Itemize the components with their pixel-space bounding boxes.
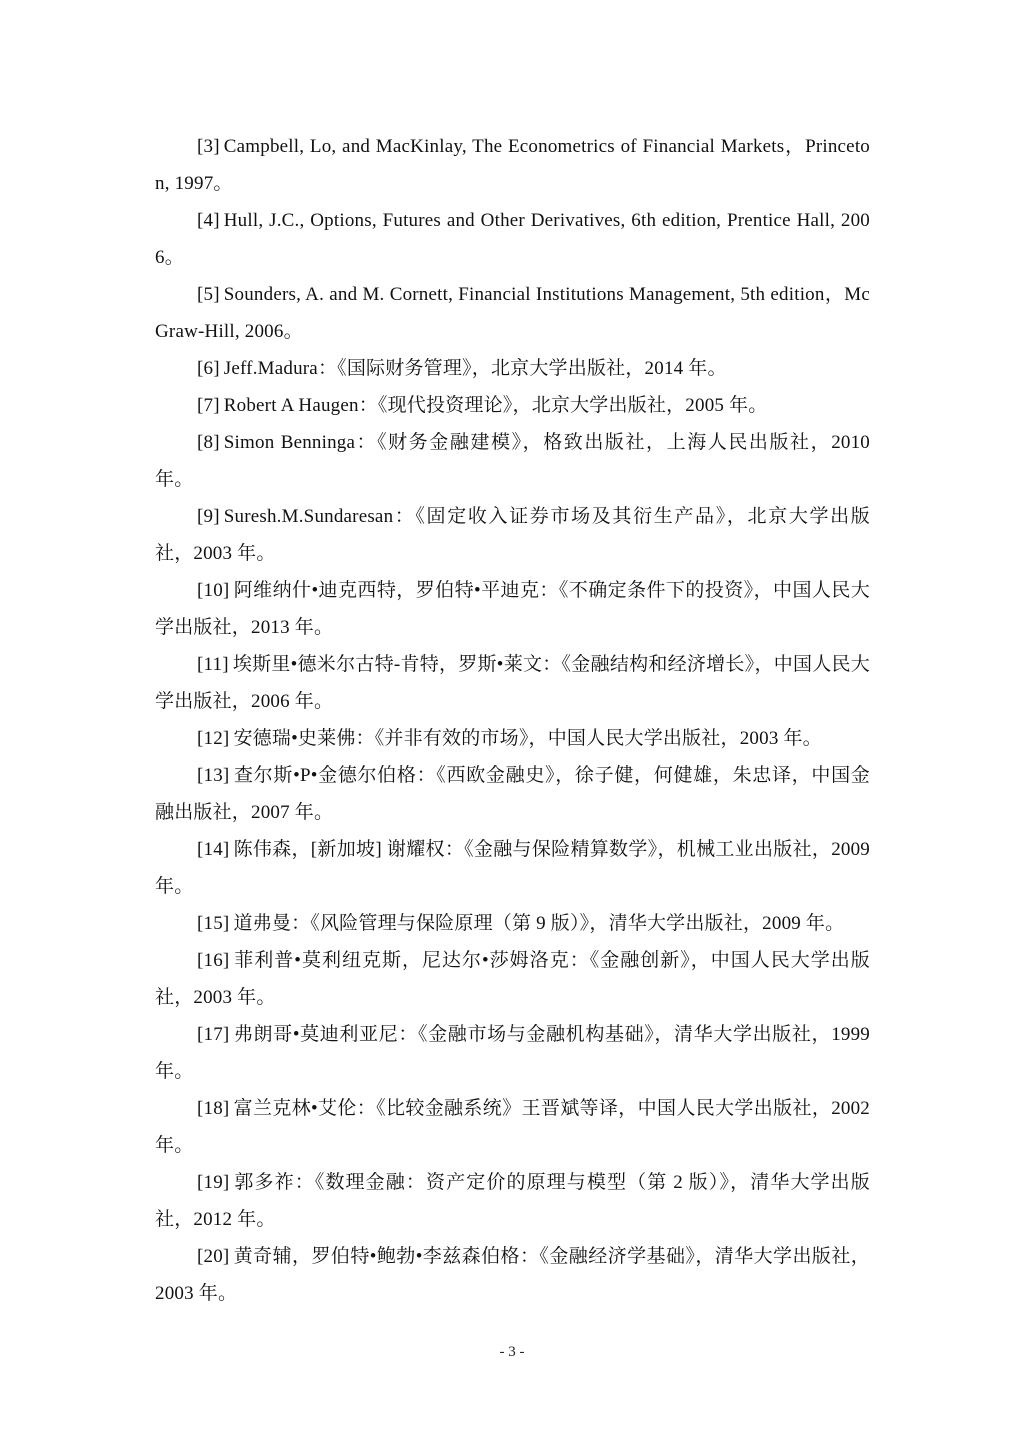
reference-item-12: [12]安德瑞•史莱佛：《并非有效的市场》，中国人民大学出版社，2003 年。 <box>155 720 870 757</box>
reference-number: [5] <box>197 284 220 305</box>
reference-text: 安德瑞•史莱佛：《并非有效的市场》，中国人民大学出版社，2003 年。 <box>233 728 821 749</box>
reference-text: 埃斯里•德米尔古特-肯特，罗斯•莱文：《金融结构和经济增长》，中国人民大学出版社… <box>155 654 870 712</box>
reference-item-18: [18]富兰克林•艾伦：《比较金融系统》王晋斌等译，中国人民大学出版社，2002… <box>155 1090 870 1164</box>
reference-number: [17] <box>197 1024 229 1045</box>
reference-item-16: [16]菲利普•莫利纽克斯，尼达尔•莎姆洛克：《金融创新》，中国人民大学出版社，… <box>155 942 870 1016</box>
reference-text: 阿维纳什•迪克西特，罗伯特•平迪克：《不确定条件下的投资》，中国人民大学出版社，… <box>155 580 870 638</box>
reference-item-7: [7]Robert A Haugen：《现代投资理论》，北京大学出版社，2005… <box>155 387 870 424</box>
reference-item-4: [4]Hull, J.C., Options, Futures and Othe… <box>155 202 870 276</box>
reference-text: 道弗曼：《风险管理与保险原理（第 9 版）》，清华大学出版社，2009 年。 <box>233 913 844 934</box>
reference-item-15: [15]道弗曼：《风险管理与保险原理（第 9 版）》，清华大学出版社，2009 … <box>155 905 870 942</box>
reference-text: Sounders, A. and M. Cornett, Financial I… <box>155 284 870 342</box>
reference-text: 菲利普•莫利纽克斯，尼达尔•莎姆洛克：《金融创新》，中国人民大学出版社，2003… <box>155 950 870 1008</box>
reference-item-11: [11]埃斯里•德米尔古特-肯特，罗斯•莱文：《金融结构和经济增长》，中国人民大… <box>155 646 870 720</box>
reference-item-17: [17]弗朗哥•莫迪利亚尼：《金融市场与金融机构基础》，清华大学出版社，1999… <box>155 1016 870 1090</box>
reference-number: [8] <box>197 432 220 453</box>
reference-number: [10] <box>197 580 229 601</box>
reference-list: [3]Campbell, Lo, and MacKinlay, The Econ… <box>155 128 870 1312</box>
reference-item-10: [10]阿维纳什•迪克西特，罗伯特•平迪克：《不确定条件下的投资》，中国人民大学… <box>155 572 870 646</box>
reference-text: 查尔斯•P•金德尔伯格：《西欧金融史》，徐子健，何健雄，朱忠译，中国金融出版社，… <box>155 765 870 823</box>
page-number: - 3 - <box>0 1344 1024 1361</box>
reference-number: [16] <box>197 950 229 971</box>
reference-item-19: [19]郭多祚：《数理金融：资产定价的原理与模型（第 2 版）》，清华大学出版社… <box>155 1164 870 1238</box>
reference-item-20: [20]黄奇辅，罗伯特•鲍勃•李兹森伯格：《金融经济学基础》，清华大学出版社，2… <box>155 1238 870 1312</box>
reference-item-13: [13]查尔斯•P•金德尔伯格：《西欧金融史》，徐子健，何健雄，朱忠译，中国金融… <box>155 757 870 831</box>
reference-text: 弗朗哥•莫迪利亚尼：《金融市场与金融机构基础》，清华大学出版社，1999 年。 <box>155 1024 870 1082</box>
reference-number: [7] <box>197 395 220 416</box>
reference-item-14: [14]陈伟森，[新加坡] 谢耀权：《金融与保险精算数学》，机械工业出版社，20… <box>155 831 870 905</box>
reference-number: [20] <box>197 1246 229 1267</box>
reference-text: Robert A Haugen：《现代投资理论》，北京大学出版社，2005 年。 <box>224 395 768 416</box>
reference-text: 富兰克林•艾伦：《比较金融系统》王晋斌等译，中国人民大学出版社，2002 年。 <box>155 1098 870 1156</box>
reference-number: [9] <box>197 506 220 527</box>
reference-number: [3] <box>197 136 220 157</box>
reference-number: [15] <box>197 913 229 934</box>
reference-item-3: [3]Campbell, Lo, and MacKinlay, The Econ… <box>155 128 870 202</box>
reference-item-5: [5]Sounders, A. and M. Cornett, Financia… <box>155 276 870 350</box>
reference-text: 黄奇辅，罗伯特•鲍勃•李兹森伯格：《金融经济学基础》，清华大学出版社，2003 … <box>155 1246 870 1304</box>
reference-number: [4] <box>197 210 220 231</box>
reference-item-8: [8]Simon Benninga：《财务金融建模》，格致出版社，上海人民出版社… <box>155 424 870 498</box>
reference-text: Campbell, Lo, and MacKinlay, The Econome… <box>155 136 870 194</box>
reference-number: [14] <box>197 839 229 860</box>
reference-text: Hull, J.C., Options, Futures and Other D… <box>155 210 870 268</box>
reference-text: Simon Benninga：《财务金融建模》，格致出版社，上海人民出版社，20… <box>155 432 870 490</box>
reference-text: Suresh.M.Sundaresan：《固定收入证券市场及其衍生产品》，北京大… <box>155 506 870 564</box>
reference-text: Jeff.Madura：《国际财务管理》，北京大学出版社，2014 年。 <box>224 358 727 379</box>
reference-item-6: [6]Jeff.Madura：《国际财务管理》，北京大学出版社，2014 年。 <box>155 350 870 387</box>
reference-item-9: [9]Suresh.M.Sundaresan：《固定收入证券市场及其衍生产品》，… <box>155 498 870 572</box>
reference-number: [19] <box>197 1172 229 1193</box>
reference-text: 陈伟森，[新加坡] 谢耀权：《金融与保险精算数学》，机械工业出版社，2009 年… <box>155 839 870 897</box>
reference-number: [12] <box>197 728 229 749</box>
reference-number: [6] <box>197 358 220 379</box>
document-page: [3]Campbell, Lo, and MacKinlay, The Econ… <box>0 0 1024 1448</box>
reference-number: [11] <box>197 654 229 675</box>
reference-number: [13] <box>197 765 229 786</box>
reference-number: [18] <box>197 1098 229 1119</box>
reference-text: 郭多祚：《数理金融：资产定价的原理与模型（第 2 版）》，清华大学出版社，201… <box>155 1172 870 1230</box>
